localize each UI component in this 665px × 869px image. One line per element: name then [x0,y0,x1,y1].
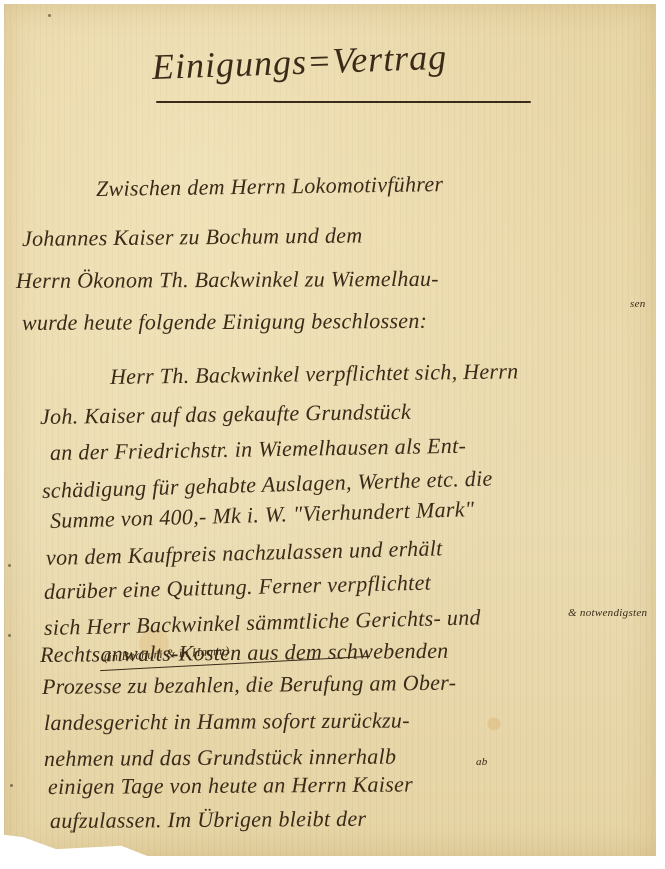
text-line-16: nehmen und das Grundstück innerhalb [44,744,396,772]
text-line-14: Prozesse zu bezahlen, die Berufung am Ob… [42,670,457,700]
insertion-note-ab: ab [476,756,488,768]
text-line-18: aufzulassen. Im Übrigen bleibt der [50,806,367,834]
text-line-12: sich Herr Backwinkel sämmtliche Gerichts… [44,604,481,641]
text-line-5: Herr Th. Backwinkel verpflichtet sich, H… [110,358,519,390]
paper-sheet: Einigungs=Vertrag Zwischen dem Herrn Lok… [4,4,656,856]
margin-suffix: sen [630,298,646,310]
text-line-15: landesgericht in Hamm sofort zurückzu- [44,707,410,736]
paper-speck [8,564,11,567]
text-line-2: Johannes Kaiser zu Bochum und dem [22,222,363,252]
insertion-note-necessary: & notwendigsten [568,607,647,619]
text-line-17: einigen Tage von heute an Herrn Kaiser [48,771,413,800]
text-line-11: darüber eine Quittung. Ferner verpflicht… [44,570,432,605]
paper-speck [70,830,73,833]
title-underline [156,101,531,103]
text-line-6: Joh. Kaiser auf das gekaufte Grundstück [40,399,411,430]
text-line-10: von dem Kaufpreis nachzulassen und erhäl… [46,535,443,571]
text-line-3: Herrn Ökonom Th. Backwinkel zu Wiemelhau… [16,266,439,294]
paper-speck [10,784,13,787]
text-line-7: an der Friedrichstr. in Wiemelhausen als… [50,433,467,466]
document-title: Einigungs=Vertrag [151,36,448,88]
text-line-1: Zwischen dem Herrn Lokomotivführer [96,171,444,202]
paper-speck [8,634,11,637]
text-line-4: wurde heute folgende Einigung beschlosse… [22,308,427,336]
paper-speck [48,14,51,17]
